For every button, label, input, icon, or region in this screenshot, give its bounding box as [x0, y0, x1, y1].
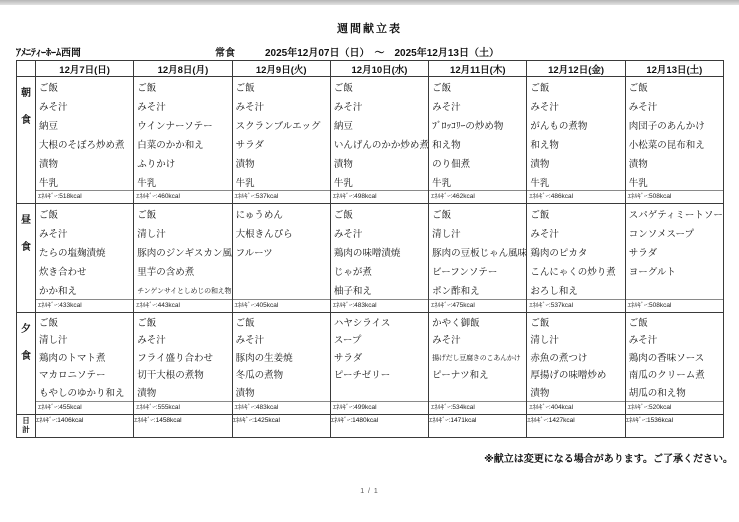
menu-item: 清し汁: [432, 225, 526, 244]
menu-item: ご飯: [530, 79, 624, 98]
menu-item: ご飯: [236, 315, 330, 332]
menu-item: もやしのゆかり和え: [39, 385, 133, 401]
menu-item: コンソメスープ: [629, 225, 723, 244]
menu-item: スクランブルエッグ: [236, 117, 330, 136]
menu-item: ウインナーソテー: [137, 117, 231, 136]
dinner-cell-day-2: ご飯みそ汁フライ盛り合わせ切干大根の煮物漬物ｴﾈﾙｷﾞｰ:555kcal: [134, 313, 232, 415]
row-label-breakfast: 朝食: [17, 77, 36, 204]
menu-item: 豚肉のジンギスカン風: [137, 244, 231, 263]
menu-item: サラダ: [629, 244, 723, 263]
menu-item: 牛乳: [39, 174, 133, 190]
menu-item: 漬物: [530, 155, 624, 174]
menu-item: みそ汁: [334, 98, 428, 117]
energy-value: ｴﾈﾙｷﾞｰ:534kcal: [429, 401, 526, 414]
breakfast-cell-day-5: ご飯みそ汁ﾌﾞﾛｯｺﾘｰの炒め物和え物のり佃煮牛乳ｴﾈﾙｷﾞｰ:462kcal: [429, 77, 527, 204]
menu-item: ハヤシライス: [334, 315, 428, 332]
dinner-cell-day-1: ご飯清し汁鶏肉のトマト煮マカロニソテーもやしのゆかり和えｴﾈﾙｷﾞｰ:455kc…: [36, 313, 134, 415]
menu-item: のり佃煮: [432, 155, 526, 174]
menu-item: ご飯: [334, 79, 428, 98]
menu-item: 和え物: [530, 136, 624, 155]
table-header-row: 12月7日(日)12月8日(月)12月9日(火)12月10日(水)12月11日(…: [17, 61, 724, 77]
day-header-3: 12月9日(火): [232, 61, 330, 77]
breakfast-cell-day-4: ご飯みそ汁納豆いんげんのかか炒め煮漬物牛乳ｴﾈﾙｷﾞｰ:498kcal: [330, 77, 428, 204]
menu-item: 漬物: [629, 155, 723, 174]
menu-item: 冬瓜の煮物: [236, 367, 330, 384]
energy-value: ｴﾈﾙｷﾞｰ:537kcal: [233, 190, 330, 203]
menu-item: サラダ: [334, 350, 428, 367]
menu-item: ご飯: [530, 206, 624, 225]
menu-item: かか和え: [39, 282, 133, 299]
menu-item: ポン酢和え: [432, 282, 526, 299]
menu-item: みそ汁: [629, 332, 723, 349]
menu-item: みそ汁: [39, 225, 133, 244]
corner-cell: [17, 61, 36, 77]
menu-item: こんにゃくの炒り煮: [530, 263, 624, 282]
menu-item: 胡瓜の和え物: [629, 385, 723, 401]
menu-item: 里芋の含め煮: [137, 263, 231, 282]
menu-item: 厚揚げの味噌炒め: [530, 367, 624, 384]
menu-item: ビーフンソテー: [432, 263, 526, 282]
menu-item: みそ汁: [236, 98, 330, 117]
menu-item: じゃが煮: [334, 263, 428, 282]
menu-item: ご飯: [137, 315, 231, 332]
menu-item: みそ汁: [137, 98, 231, 117]
lunch-cell-day-2: ご飯清し汁豚肉のジンギスカン風里芋の含め煮チンゲンサイとしめじの和え物ｴﾈﾙｷﾞ…: [134, 204, 232, 313]
page-title: 週間献立表: [0, 20, 739, 36]
energy-value: ｴﾈﾙｷﾞｰ:460kcal: [134, 190, 231, 203]
menu-item: ご飯: [432, 79, 526, 98]
breakfast-row: 朝食ご飯みそ汁納豆大根のそぼろ炒め煮漬物牛乳ｴﾈﾙｷﾞｰ:518kcalご飯みそ…: [17, 77, 724, 204]
energy-value: ｴﾈﾙｷﾞｰ:498kcal: [331, 190, 428, 203]
row-label-daily-total: 日計: [17, 415, 36, 438]
menu-item: 鶏肉の香味ソース: [629, 350, 723, 367]
menu-item: 大根きんぴら: [236, 225, 330, 244]
energy-value: ｴﾈﾙｷﾞｰ:475kcal: [429, 299, 526, 312]
menu-item: 牛乳: [629, 174, 723, 190]
energy-value: ｴﾈﾙｷﾞｰ:499kcal: [331, 401, 428, 414]
meal-type-label: 常食: [215, 44, 235, 59]
breakfast-cell-day-3: ご飯みそ汁スクランブルエッグサラダ漬物牛乳ｴﾈﾙｷﾞｰ:537kcal: [232, 77, 330, 204]
menu-item: みそ汁: [432, 332, 526, 349]
menu-item: 牛乳: [334, 174, 428, 190]
menu-item: 牛乳: [236, 174, 330, 190]
breakfast-cell-day-1: ご飯みそ汁納豆大根のそぼろ炒め煮漬物牛乳ｴﾈﾙｷﾞｰ:518kcal: [36, 77, 134, 204]
menu-item: みそ汁: [39, 98, 133, 117]
daily-total-day-6: ｴﾈﾙｷﾞｰ:1427kcal: [527, 415, 625, 438]
lunch-cell-day-1: ご飯みそ汁たらの塩麹漬焼炊き合わせかか和えｴﾈﾙｷﾞｰ:433kcal: [36, 204, 134, 313]
menu-item: 鶏肉の味噌漬焼: [334, 244, 428, 263]
day-header-7: 12月13日(土): [625, 61, 723, 77]
dinner-cell-day-7: ご飯みそ汁鶏肉の香味ソース南瓜のクリーム煮胡瓜の和え物ｴﾈﾙｷﾞｰ:520kca…: [625, 313, 723, 415]
day-header-6: 12月12日(金): [527, 61, 625, 77]
menu-item: 清し汁: [137, 225, 231, 244]
menu-item: 切干大根の煮物: [137, 367, 231, 384]
menu-item: 肉団子のあんかけ: [629, 117, 723, 136]
lunch-cell-day-4: ご飯みそ汁鶏肉の味噌漬焼じゃが煮柚子和えｴﾈﾙｷﾞｰ:483kcal: [330, 204, 428, 313]
menu-item: ピーチゼリー: [334, 367, 428, 384]
day-header-5: 12月11日(木): [429, 61, 527, 77]
menu-item: ふりかけ: [137, 155, 231, 174]
menu-item: ご飯: [629, 315, 723, 332]
lunch-cell-day-7: スパゲティミートソースコンソメスープサラダヨーグルトｴﾈﾙｷﾞｰ:508kcal: [625, 204, 723, 313]
menu-item: 炊き合わせ: [39, 263, 133, 282]
menu-table: 12月7日(日)12月8日(月)12月9日(火)12月10日(水)12月11日(…: [16, 60, 724, 438]
energy-value: ｴﾈﾙｷﾞｰ:483kcal: [331, 299, 428, 312]
document-header: ｱﾒﾆﾃｨｰﾎｰﾑ西岡 常食 2025年12月07日（日） ～ 2025年12月…: [16, 44, 723, 58]
date-range: 2025年12月07日（日） ～ 2025年12月13日（土）: [265, 44, 499, 59]
breakfast-cell-day-6: ご飯みそ汁がんもの煮物和え物漬物牛乳ｴﾈﾙｷﾞｰ:486kcal: [527, 77, 625, 204]
energy-value: ｴﾈﾙｷﾞｰ:508kcal: [626, 299, 723, 312]
menu-item: 牛乳: [432, 174, 526, 190]
menu-item: 赤魚の煮つけ: [530, 350, 624, 367]
menu-item: スープ: [334, 332, 428, 349]
day-header-1: 12月7日(日): [36, 61, 134, 77]
menu-item: ご飯: [137, 79, 231, 98]
daily-total-day-3: ｴﾈﾙｷﾞｰ:1425kcal: [232, 415, 330, 438]
footnote: ※献立は変更になる場合があります。ご了承ください。: [484, 450, 733, 465]
menu-item: ご飯: [236, 79, 330, 98]
energy-value: ｴﾈﾙｷﾞｰ:486kcal: [527, 190, 624, 203]
menu-item: ご飯: [432, 206, 526, 225]
menu-item: 柚子和え: [334, 282, 428, 299]
menu-item: みそ汁: [137, 332, 231, 349]
menu-item: ご飯: [137, 206, 231, 225]
menu-item: 大根のそぼろ炒め煮: [39, 136, 133, 155]
energy-value: ｴﾈﾙｷﾞｰ:520kcal: [626, 401, 723, 414]
lunch-cell-day-5: ご飯清し汁豚肉の豆板じゃん風味ビーフンソテーポン酢和えｴﾈﾙｷﾞｰ:475kca…: [429, 204, 527, 313]
menu-item: にゅうめん: [236, 206, 330, 225]
energy-value: ｴﾈﾙｷﾞｰ:462kcal: [429, 190, 526, 203]
menu-item: 納豆: [334, 117, 428, 136]
menu-item: フライ盛り合わせ: [137, 350, 231, 367]
menu-item: がんもの煮物: [530, 117, 624, 136]
menu-item: ﾌﾞﾛｯｺﾘｰの炒め物: [432, 117, 526, 136]
menu-item: みそ汁: [236, 332, 330, 349]
energy-value: ｴﾈﾙｷﾞｰ:518kcal: [36, 190, 133, 203]
menu-item: ご飯: [39, 315, 133, 332]
day-header-4: 12月10日(水): [330, 61, 428, 77]
menu-item: みそ汁: [334, 225, 428, 244]
daily-total-day-7: ｴﾈﾙｷﾞｰ:1536kcal: [625, 415, 723, 438]
menu-item: 清し汁: [39, 332, 133, 349]
energy-value: ｴﾈﾙｷﾞｰ:404kcal: [527, 401, 624, 414]
daily-total-day-1: ｴﾈﾙｷﾞｰ:1406kcal: [36, 415, 134, 438]
menu-item: 漬物: [39, 155, 133, 174]
menu-item: 和え物: [432, 136, 526, 155]
daily-total-row: 日計ｴﾈﾙｷﾞｰ:1406kcalｴﾈﾙｷﾞｰ:1458kcalｴﾈﾙｷﾞｰ:1…: [17, 415, 724, 438]
lunch-cell-day-6: ご飯みそ汁鶏肉のピカタこんにゃくの炒り煮おろし和えｴﾈﾙｷﾞｰ:537kcal: [527, 204, 625, 313]
menu-item: みそ汁: [629, 98, 723, 117]
dinner-cell-day-5: かやく御飯みそ汁揚げだし豆腐きのこあんかけピーナツ和えｴﾈﾙｷﾞｰ:534kca…: [429, 313, 527, 415]
menu-item: 漬物: [334, 155, 428, 174]
facility-name: ｱﾒﾆﾃｨｰﾎｰﾑ西岡: [16, 44, 81, 59]
menu-item: スパゲティミートソース: [629, 206, 723, 225]
menu-item: フルーツ: [236, 244, 330, 263]
menu-item: ご飯: [39, 79, 133, 98]
energy-value: ｴﾈﾙｷﾞｰ:455kcal: [36, 401, 133, 414]
menu-item: いんげんのかか炒め煮: [334, 136, 428, 155]
energy-value: ｴﾈﾙｷﾞｰ:555kcal: [134, 401, 231, 414]
menu-item: 漬物: [137, 385, 231, 401]
weekly-menu-document: 週間献立表 ｱﾒﾆﾃｨｰﾎｰﾑ西岡 常食 2025年12月07日（日） ～ 20…: [0, 0, 739, 522]
menu-item: 清し汁: [530, 332, 624, 349]
menu-item: ヨーグルト: [629, 263, 723, 282]
menu-item: 鶏肉のトマト煮: [39, 350, 133, 367]
menu-item: みそ汁: [530, 98, 624, 117]
menu-item: 小松菜の昆布和え: [629, 136, 723, 155]
menu-item: 納豆: [39, 117, 133, 136]
menu-item: みそ汁: [432, 98, 526, 117]
energy-value: ｴﾈﾙｷﾞｰ:508kcal: [626, 190, 723, 203]
daily-total-day-2: ｴﾈﾙｷﾞｰ:1458kcal: [134, 415, 232, 438]
row-label-lunch: 昼食: [17, 204, 36, 313]
menu-item: 白菜のかか和え: [137, 136, 231, 155]
menu-item: 豚肉の生姜焼: [236, 350, 330, 367]
menu-item: ご飯: [530, 315, 624, 332]
menu-item: たらの塩麹漬焼: [39, 244, 133, 263]
dinner-cell-day-4: ハヤシライススープサラダピーチゼリーｴﾈﾙｷﾞｰ:499kcal: [330, 313, 428, 415]
energy-value: ｴﾈﾙｷﾞｰ:405kcal: [233, 299, 330, 312]
scan-edge-artifact: [0, 0, 739, 5]
page-number: 1 / 1: [0, 488, 739, 495]
dinner-cell-day-6: ご飯清し汁赤魚の煮つけ厚揚げの味噌炒め漬物ｴﾈﾙｷﾞｰ:404kcal: [527, 313, 625, 415]
daily-total-day-4: ｴﾈﾙｷﾞｰ:1480kcal: [330, 415, 428, 438]
dinner-cell-day-3: ご飯みそ汁豚肉の生姜焼冬瓜の煮物漬物ｴﾈﾙｷﾞｰ:483kcal: [232, 313, 330, 415]
energy-value: ｴﾈﾙｷﾞｰ:537kcal: [527, 299, 624, 312]
menu-item: ご飯: [629, 79, 723, 98]
energy-value: ｴﾈﾙｷﾞｰ:483kcal: [233, 401, 330, 414]
menu-item: 豚肉の豆板じゃん風味: [432, 244, 526, 263]
daily-total-day-5: ｴﾈﾙｷﾞｰ:1471kcal: [429, 415, 527, 438]
breakfast-cell-day-7: ご飯みそ汁肉団子のあんかけ小松菜の昆布和え漬物牛乳ｴﾈﾙｷﾞｰ:508kcal: [625, 77, 723, 204]
menu-item: おろし和え: [530, 282, 624, 299]
menu-item: みそ汁: [530, 225, 624, 244]
menu-item: かやく御飯: [432, 315, 526, 332]
energy-value: ｴﾈﾙｷﾞｰ:443kcal: [134, 299, 231, 312]
menu-item: サラダ: [236, 136, 330, 155]
lunch-cell-day-3: にゅうめん大根きんぴらフルーツｴﾈﾙｷﾞｰ:405kcal: [232, 204, 330, 313]
dinner-row: 夕食ご飯清し汁鶏肉のトマト煮マカロニソテーもやしのゆかり和えｴﾈﾙｷﾞｰ:455…: [17, 313, 724, 415]
day-header-2: 12月8日(月): [134, 61, 232, 77]
menu-item: 揚げだし豆腐きのこあんかけ: [432, 350, 526, 367]
menu-item: 牛乳: [530, 174, 624, 190]
menu-item: 鶏肉のピカタ: [530, 244, 624, 263]
menu-item: 南瓜のクリーム煮: [629, 367, 723, 384]
energy-value: ｴﾈﾙｷﾞｰ:433kcal: [36, 299, 133, 312]
menu-item: 漬物: [236, 155, 330, 174]
menu-item: チンゲンサイとしめじの和え物: [137, 282, 231, 299]
menu-item: ピーナツ和え: [432, 367, 526, 384]
menu-item: ご飯: [334, 206, 428, 225]
menu-item: 牛乳: [137, 174, 231, 190]
row-label-dinner: 夕食: [17, 313, 36, 415]
lunch-row: 昼食ご飯みそ汁たらの塩麹漬焼炊き合わせかか和えｴﾈﾙｷﾞｰ:433kcalご飯清…: [17, 204, 724, 313]
menu-item: ご飯: [39, 206, 133, 225]
menu-item: 漬物: [236, 385, 330, 401]
breakfast-cell-day-2: ご飯みそ汁ウインナーソテー白菜のかか和えふりかけ牛乳ｴﾈﾙｷﾞｰ:460kcal: [134, 77, 232, 204]
menu-item: 漬物: [530, 385, 624, 401]
menu-item: マカロニソテー: [39, 367, 133, 384]
